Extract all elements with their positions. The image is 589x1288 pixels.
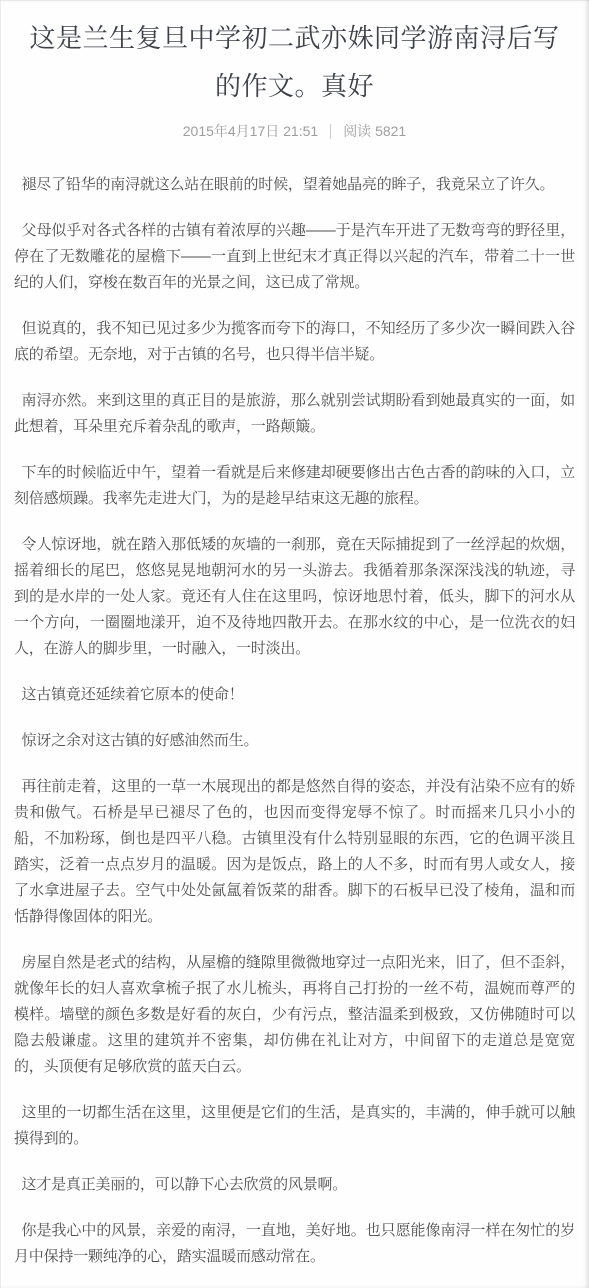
paragraph: 令人惊讶地，就在踏入那低矮的灰墙的一刹那，竟在天际捕捉到了一丝浮起的炊烟，摇着细… bbox=[14, 532, 575, 662]
paragraph: 这古镇竟还延续着它原本的使命！ bbox=[14, 682, 575, 708]
read-count-group: 阅读 5821 bbox=[343, 121, 406, 141]
paragraph: 这才是真正美丽的，可以静下心去欣赏的风景啊。 bbox=[14, 1172, 575, 1198]
article-title: 这是兰生复旦中学初二武亦姝同学游南浔后写的作文。真好 bbox=[20, 14, 569, 110]
paragraph: 南浔亦然。来到这里的真正目的是旅游，那么就别尝试期盼看到她最真实的一面，如此想着… bbox=[14, 388, 575, 440]
paragraph: 再往前走着，这里的一草一木展现出的都是悠然自得的姿态，并没有沾染不应有的娇贵和傲… bbox=[14, 774, 575, 930]
read-count: 5821 bbox=[375, 123, 406, 139]
paragraph: 褪尽了铅华的南浔就这么站在眼前的时候，望着她晶亮的眸子，我竟呆立了许久。 bbox=[14, 172, 575, 198]
paragraph: 父母似乎对各式各样的古镇有着浓厚的兴趣——于是汽车开进了无数弯弯的野径里，停在了… bbox=[14, 218, 575, 296]
article-body: 褪尽了铅华的南浔就这么站在眼前的时候，望着她晶亮的眸子，我竟呆立了许久。 父母似… bbox=[14, 172, 575, 1270]
paragraph: 下车的时候临近中午，望着一看就是后来修建却硬要修出古色古香的韵味的入口，立刻倍感… bbox=[14, 460, 575, 512]
article-meta: 2015年4月17日 21:51 阅读 5821 bbox=[14, 121, 575, 141]
paragraph: 但说真的，我不知已见过多少为揽客而夸下的海口，不知经历了多少次一瞬间跌入谷底的希… bbox=[14, 316, 575, 368]
paragraph: 这里的一切都生活在这里，这里便是它们的生活，是真实的，丰满的，伸手就可以触摸得到… bbox=[14, 1100, 575, 1152]
article-page: 这是兰生复旦中学初二武亦姝同学游南浔后写的作文。真好 2015年4月17日 21… bbox=[0, 0, 589, 1288]
publish-date: 2015年4月17日 21:51 bbox=[183, 121, 318, 141]
meta-divider bbox=[330, 124, 331, 139]
read-label: 阅读 bbox=[343, 123, 371, 139]
paragraph: 房屋自然是老式的结构，从屋檐的缝隙里微微地穿过一点阳光来，旧了，但不歪斜，就像年… bbox=[14, 950, 575, 1080]
paragraph: 惊讶之余对这古镇的好感油然而生。 bbox=[14, 728, 575, 754]
paragraph: 你是我心中的风景，亲爱的南浔，一直地，美好地。也只愿能像南浔一样在匆忙的岁月中保… bbox=[14, 1218, 575, 1270]
